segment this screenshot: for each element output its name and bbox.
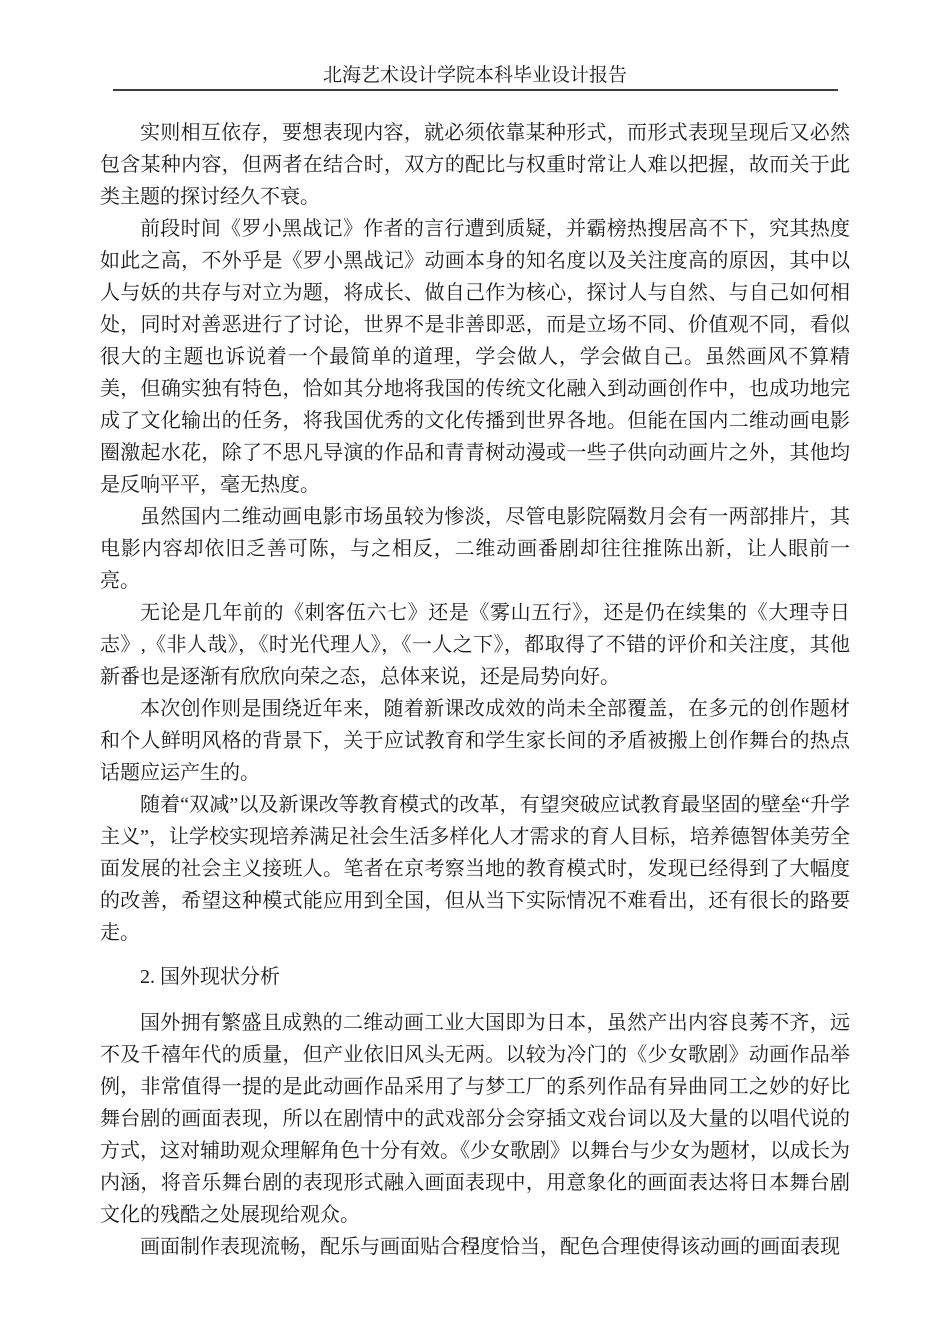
paragraph: 虽然国内二维动画电影市场虽较为惨淡，尽管电影院隔数月会有一两部排片，其电影内容却… <box>100 501 850 597</box>
page-footer: 3 <box>0 1233 950 1255</box>
paragraph: 前段时间《罗小黑战记》作者的言行遭到质疑，并霸榜热搜居高不下，究其热度如此之高，… <box>100 213 850 501</box>
paragraph: 国外拥有繁盛且成熟的二维动画工业大国即为日本，虽然产出内容良莠不齐，远不及千禧年… <box>100 1007 850 1231</box>
paragraph: 实则相互依存，要想表现内容，就必须依靠某种形式，而形式表现呈现后又必然包含某种内… <box>100 117 850 213</box>
paragraph: 无论是几年前的《刺客伍六七》还是《雾山五行》，还是仍在续集的《大理寺日志》,《非… <box>100 597 850 693</box>
page-header: 北海艺术设计学院本科毕业设计报告 <box>113 0 838 91</box>
document-body: 实则相互依存，要想表现内容，就必须依靠某种形式，而形式表现呈现后又必然包含某种内… <box>100 91 850 1263</box>
paragraph: 随着“双减”以及新课改等教育模式的改革，有望突破应试教育最坚固的壁垒“升学主义”… <box>100 789 850 949</box>
page-number: 3 <box>471 1234 480 1254</box>
document-page: 北海艺术设计学院本科毕业设计报告 实则相互依存，要想表现内容，就必须依靠某种形式… <box>0 0 950 1344</box>
header-title: 北海艺术设计学院本科毕业设计报告 <box>113 64 838 89</box>
section-heading: 2. 国外现状分析 <box>100 961 850 993</box>
paragraph: 本次创作则是围绕近年来，随着新课改成效的尚未全部覆盖，在多元的创作题材和个人鲜明… <box>100 693 850 789</box>
